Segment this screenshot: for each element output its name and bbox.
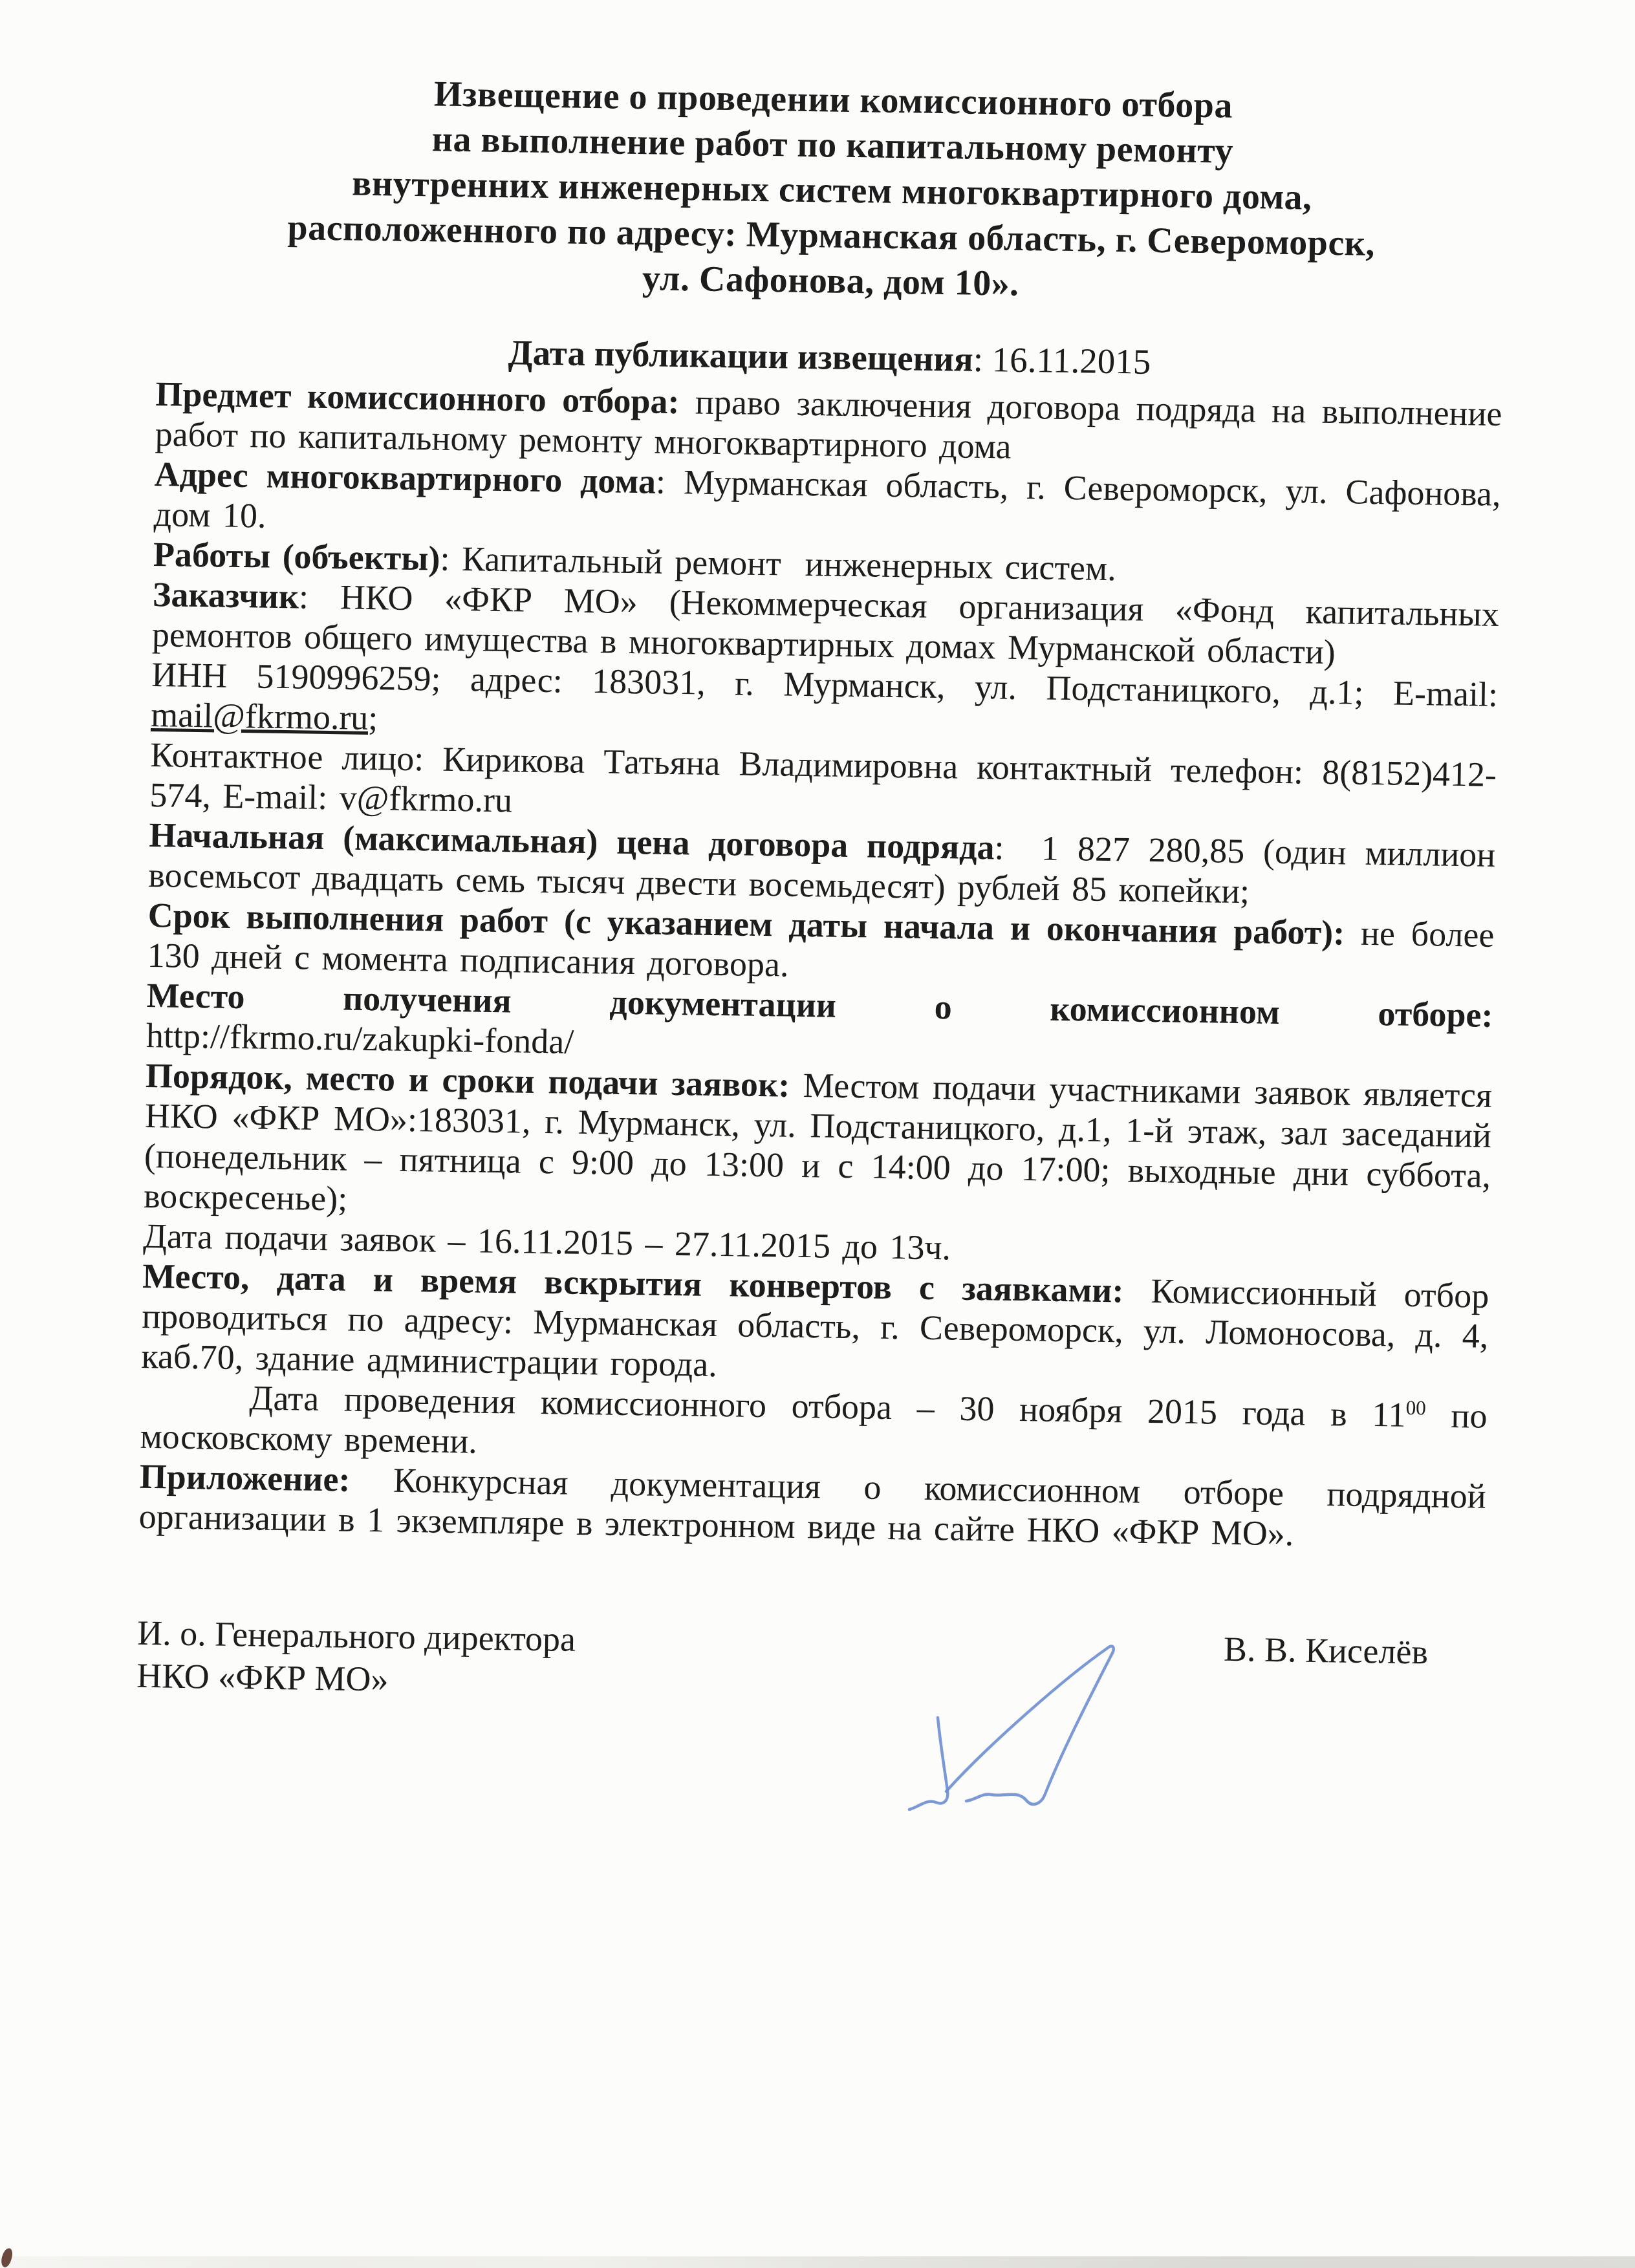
document-title: Извещение о проведении комиссионного отб…	[157, 67, 1507, 314]
publication-date-label: Дата публикации извещения	[508, 332, 973, 379]
paragraph-opening: Место, дата и время вскрытия конвертов с…	[141, 1256, 1489, 1396]
subject-label: Предмет комиссионного отбора:	[155, 374, 680, 421]
customer-label: Заказчик	[153, 575, 299, 616]
attachment-label: Приложение:	[139, 1457, 351, 1499]
signer-position: И. о. Генерального директора НКО «ФКР МО…	[136, 1612, 576, 1703]
publication-date-value: : 16.11.2015	[973, 340, 1151, 382]
document-page: Извещение о проведении комиссионного отб…	[0, 0, 1635, 2268]
handwritten-signature	[885, 1622, 1163, 1822]
selection-date-superscript: 00	[1405, 1396, 1426, 1419]
inn-text-after: ;	[368, 698, 378, 737]
paragraph-submission: Порядок, место и сроки подачи заявок: Ме…	[144, 1055, 1492, 1236]
customer-email-link: mail@fkrmo.ru	[151, 695, 369, 737]
signer-position-line-2: НКО «ФКР МО»	[136, 1654, 576, 1703]
address-label: Адрес многоквартирного дома	[154, 455, 656, 501]
signer-name: В. В. Киселёв	[1224, 1628, 1429, 1674]
document-content: Извещение о проведении комиссионного отб…	[136, 67, 1507, 1717]
signer-position-line-1: И. о. Генерального директора	[137, 1612, 576, 1661]
works-label: Работы (объекты)	[153, 535, 440, 578]
scanner-edge-artifact	[0, 2256, 1635, 2268]
signature-block: И. о. Генерального директора НКО «ФКР МО…	[136, 1612, 1484, 1717]
